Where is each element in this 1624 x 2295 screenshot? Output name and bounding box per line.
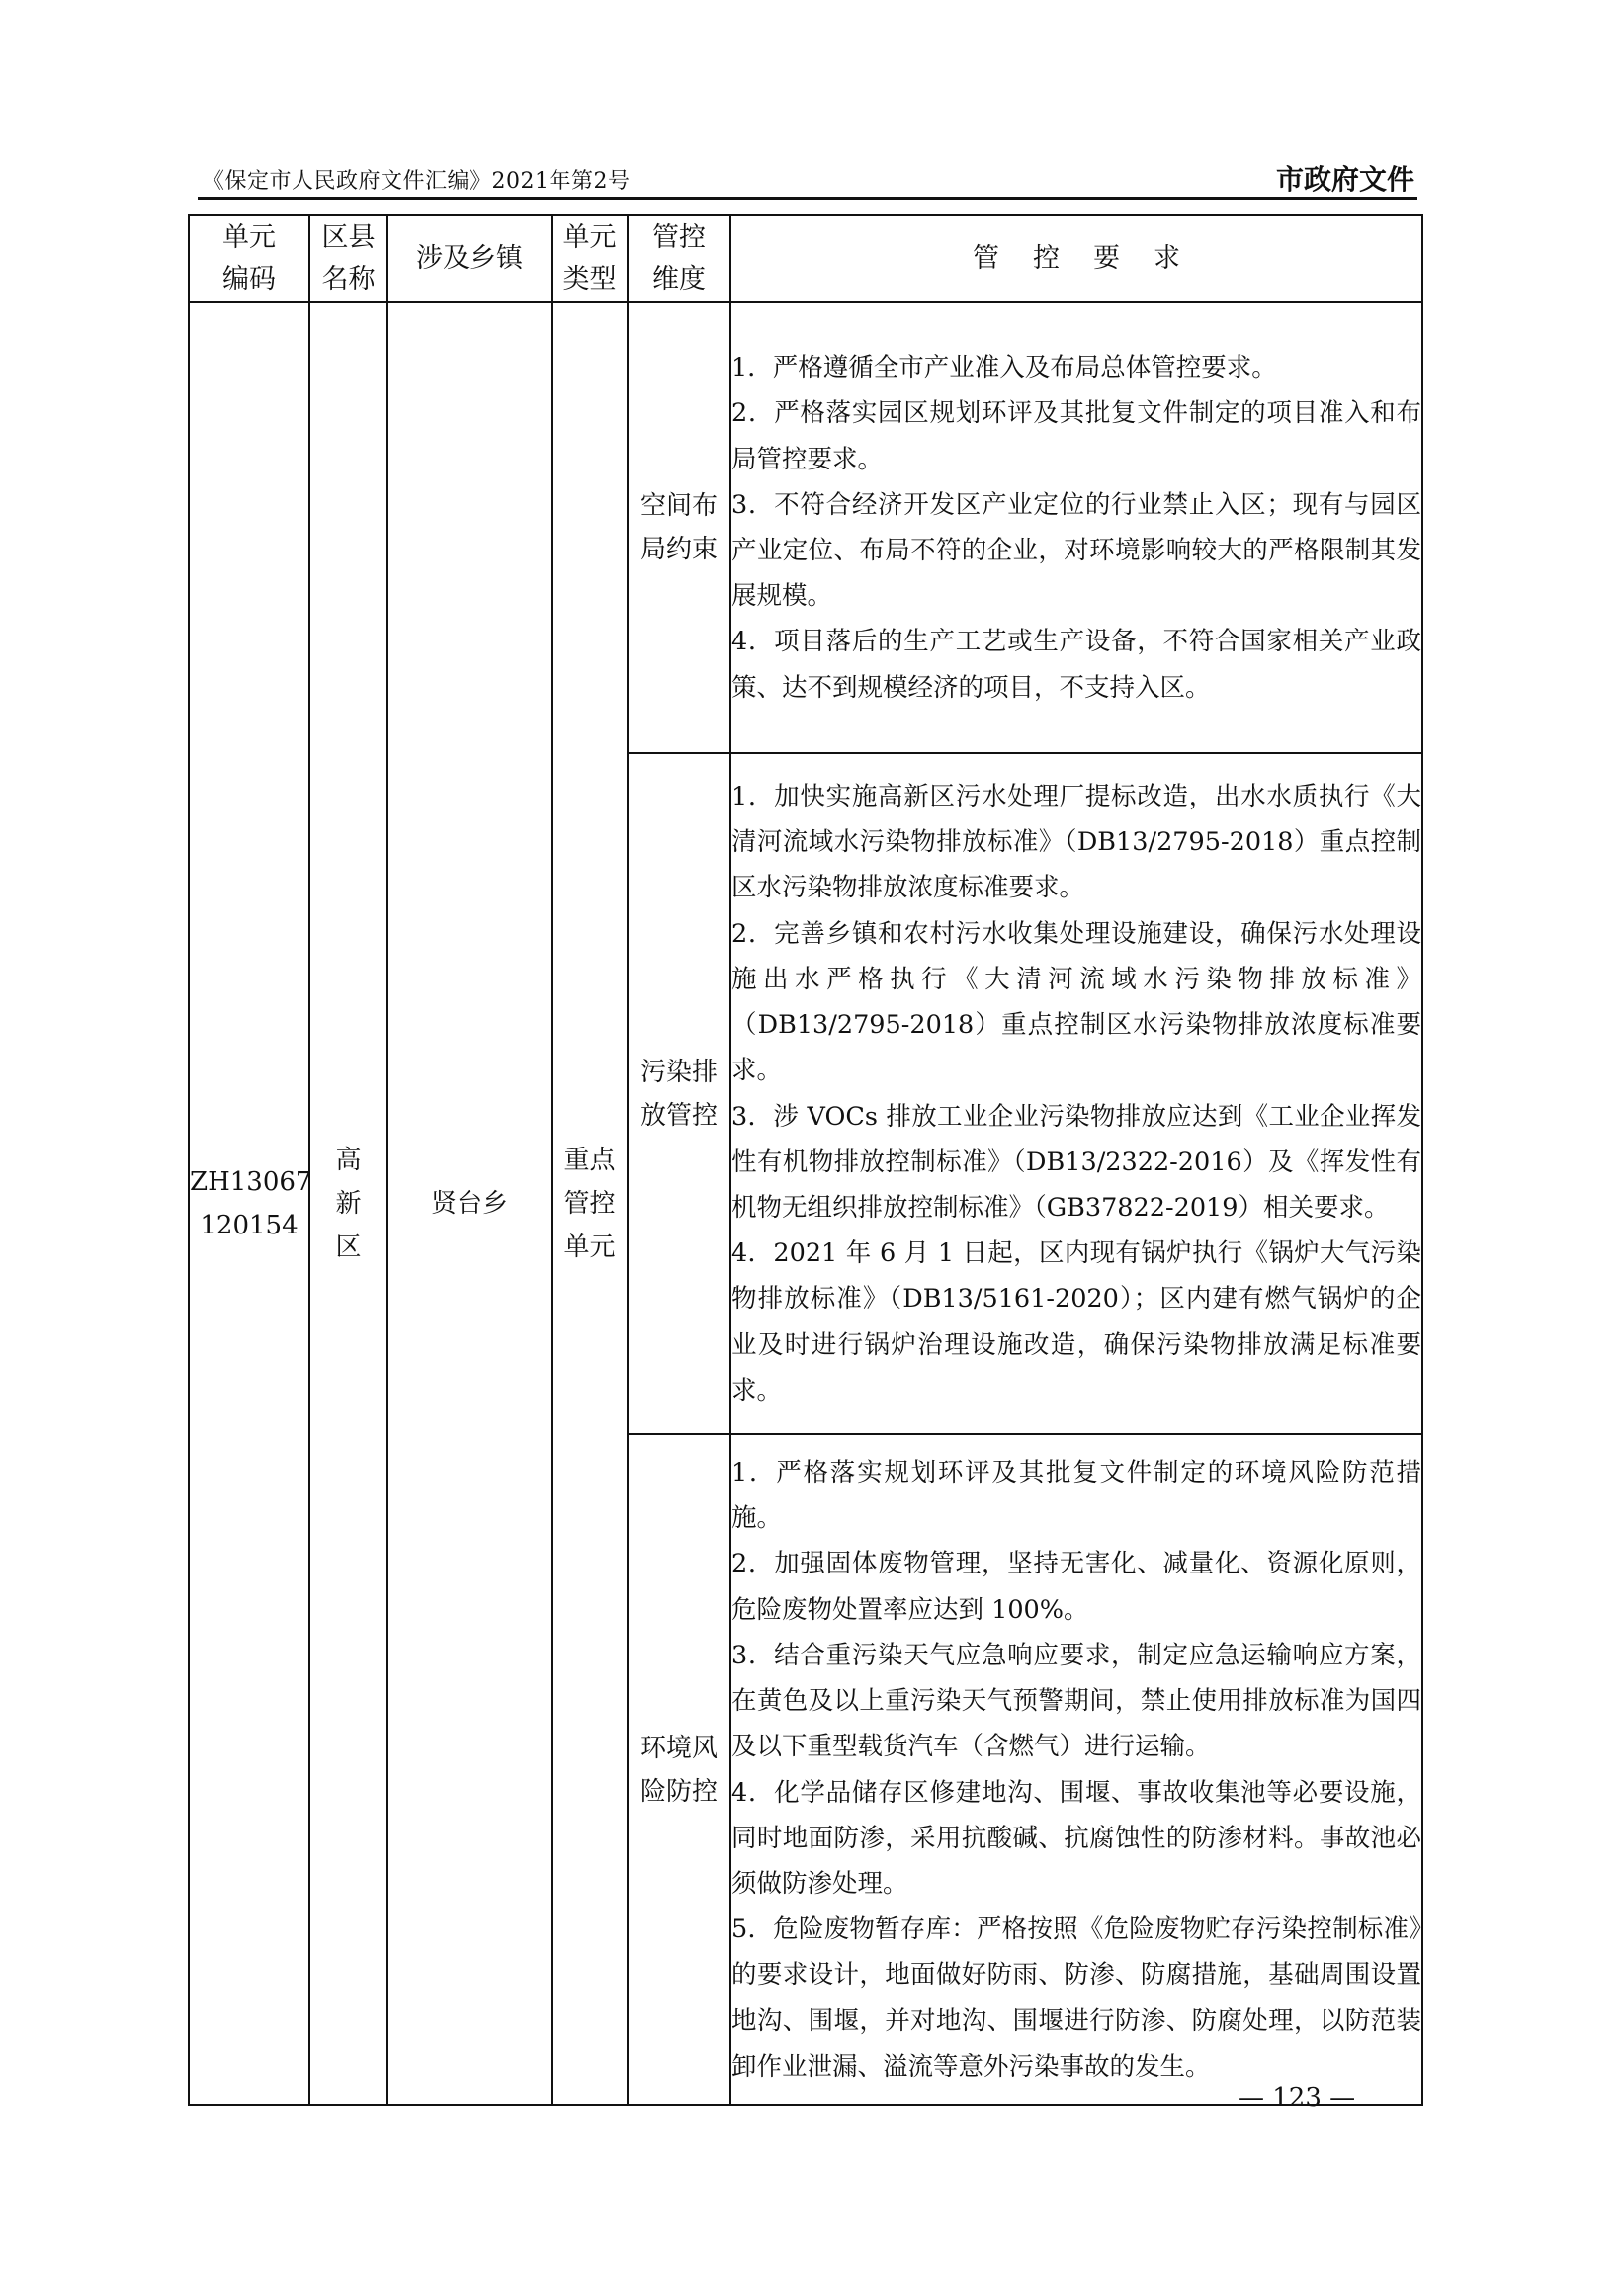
requirement-item: 2．严格落实园区规划环评及其批复文件制定的项目准入和布局管控要求。 (731, 390, 1421, 481)
requirements-cell-environmental-risk: 1．严格落实规划环评及其批复文件制定的环境风险防范措施。 2．加强固体废物管理，… (730, 1434, 1422, 2105)
requirement-item: 1．严格落实规划环评及其批复文件制定的环境风险防范措施。 (731, 1450, 1421, 1541)
unit-code-line: 120154 (190, 1204, 308, 1247)
district-char: 高 (310, 1139, 386, 1182)
requirement-item: 1．严格遵循全市产业准入及布局总体管控要求。 (731, 345, 1421, 390)
district-char: 区 (310, 1226, 386, 1269)
publication-title: 《保定市人民政府文件汇编》2021年第2号 (203, 164, 631, 195)
district-char: 新 (310, 1182, 386, 1226)
township-cell: 贤台乡 (387, 302, 552, 2105)
page-number: — 123 — (1239, 2083, 1355, 2113)
requirement-item: 4．化学品储存区修建地沟、围堰、事故收集池等必要设施，同时地面防渗，采用抗酸碱、… (731, 1770, 1421, 1908)
requirements-cell-pollution-discharge: 1．加快实施高新区污水处理厂提标改造，出水水质执行《大清河流域水污染物排放标准》… (730, 753, 1422, 1434)
dimension-cell-environmental-risk: 环境风 险防控 (628, 1434, 730, 2105)
requirement-item: 5．危险废物暂存库：严格按照《危险废物贮存污染控制标准》的要求设计，地面做好防雨… (731, 1907, 1421, 2089)
unit-code-line: ZH13067 (190, 1160, 308, 1204)
requirement-item: 4．项目落后的生产工艺或生产设备，不符合国家相关产业政策、达不到规模经济的项目，… (731, 619, 1421, 710)
unit-type-line: 单元 (553, 1226, 627, 1269)
unit-code-cell: ZH13067 120154 (189, 302, 309, 2105)
dimension-line: 空间布 (629, 484, 729, 528)
requirement-item: 3．不符合经济开发区产业定位的行业禁止入区；现有与园区产业定位、布局不符的企业，… (731, 482, 1421, 620)
requirement-item: 2．加强固体废物管理，坚持无害化、减量化、资源化原则，危险废物处置率应达到 10… (731, 1541, 1421, 1632)
township-name: 贤台乡 (431, 1189, 508, 1219)
section-label: 市政府文件 (1276, 158, 1414, 198)
requirement-item: 4．2021 年 6 月 1 日起，区内现有锅炉执行《锅炉大气污染物排放标准》（… (731, 1231, 1421, 1413)
header-unit-code: 单元 编码 (189, 215, 309, 302)
header-township: 涉及乡镇 (387, 215, 552, 302)
requirement-item: 3．结合重污染天气应急响应要求，制定应急运输响应方案，在黄色及以上重污染天气预警… (731, 1633, 1421, 1770)
requirement-item: 1．加快实施高新区污水处理厂提标改造，出水水质执行《大清河流域水污染物排放标准》… (731, 774, 1421, 911)
table-row: ZH13067 120154 高 新 区 贤台乡 重点 管控 单元 空间布 局约… (189, 302, 1422, 753)
header-unit-type: 单元 类型 (552, 215, 628, 302)
requirement-item: 2．完善乡镇和农村污水收集处理设施建设，确保污水处理设施出水严格执行《大清河流域… (731, 911, 1421, 1094)
district-cell: 高 新 区 (309, 302, 387, 2105)
dimension-line: 环境风 (629, 1727, 729, 1770)
requirements-cell-spatial-layout: 1．严格遵循全市产业准入及布局总体管控要求。 2．严格落实园区规划环评及其批复文… (730, 302, 1422, 753)
unit-type-line: 管控 (553, 1182, 627, 1226)
dimension-line: 局约束 (629, 528, 729, 571)
dimension-line: 放管控 (629, 1094, 729, 1138)
dimension-cell-pollution-discharge: 污染排 放管控 (628, 753, 730, 1434)
header-rule (198, 197, 1417, 200)
header-dimension: 管控 维度 (628, 215, 730, 302)
control-requirements-table: 单元 编码 区县 名称 涉及乡镇 单元 类型 管控 维度 管控要求 ZH1306… (188, 214, 1423, 2106)
running-header: 《保定市人民政府文件汇编》2021年第2号 市政府文件 (203, 158, 1418, 198)
requirement-item: 3．涉 VOCs 排放工业企业污染物排放应达到《工业企业挥发性有机物排放控制标准… (731, 1094, 1421, 1232)
dimension-line: 险防控 (629, 1770, 729, 1814)
table-header-row: 单元 编码 区县 名称 涉及乡镇 单元 类型 管控 维度 管控要求 (189, 215, 1422, 302)
header-requirements: 管控要求 (730, 215, 1422, 302)
unit-type-line: 重点 (553, 1139, 627, 1182)
header-district: 区县 名称 (309, 215, 387, 302)
dimension-cell-spatial-layout: 空间布 局约束 (628, 302, 730, 753)
unit-type-cell: 重点 管控 单元 (552, 302, 628, 2105)
dimension-line: 污染排 (629, 1051, 729, 1094)
